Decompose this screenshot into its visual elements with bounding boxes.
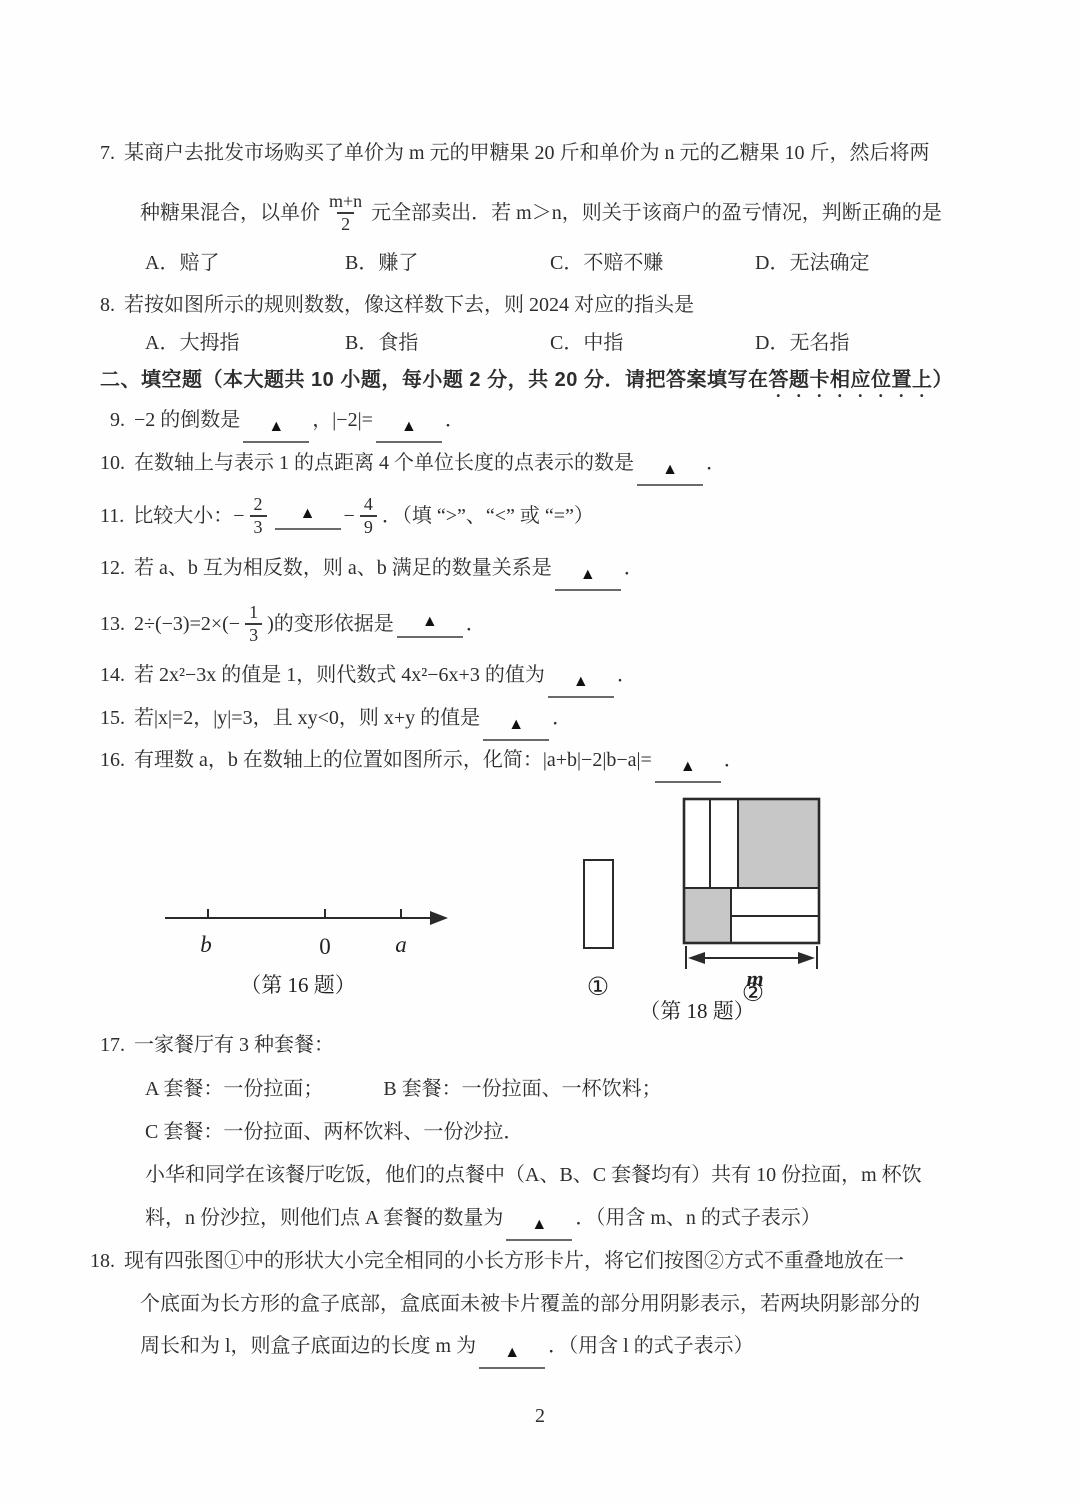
question-8-line: 8.若按如图所示的规则数数，像这样数下去，则 2024 对应的指头是 xyxy=(100,290,694,320)
shaded-region-top-right xyxy=(738,799,819,888)
exam-page: 7.某商户去批发市场购买了单价为 m 元的甲糖果 20 斤和单价为 n 元的乙糖… xyxy=(0,0,1080,1502)
question-14-number: 14. xyxy=(100,664,125,686)
question-16-text-1: 有理数 a，b 在数轴上的位置如图所示，化简：|a+b|−2|b−a|= xyxy=(134,749,652,771)
figure-tag-1: ① xyxy=(587,972,609,1001)
question-7-options: A．赔了 B．赚了 C．不赔不赚 D．无法确定 xyxy=(0,248,1080,278)
question-10-text-1: 在数轴上与表示 1 的点距离 4 个单位长度的点表示的数是 xyxy=(134,452,634,474)
question-18-text-3b: ．（用含 l 的式子表示） xyxy=(548,1335,754,1357)
question-7-option-d: D．无法确定 xyxy=(755,248,869,278)
section-2-header-pre: 二、填空题（本大题共 10 小题，每小题 2 分，共 20 分．请把答案填写在 xyxy=(100,369,768,391)
question-13-text-1: 2÷(−3)=2×(− xyxy=(134,609,240,639)
question-17-para-2b: ．（用含 m、n 的式子表示） xyxy=(575,1207,821,1229)
answer-blank: ▲ xyxy=(397,611,463,638)
question-17-para-1: 小华和同学在该餐厅吃饭，他们的点餐中（A、B、C 套餐均有）共有 10 份拉面，… xyxy=(145,1164,922,1186)
question-14-line: 14.若 2x²−3x 的值是 1，则代数式 4x²−6x+3 的值为▲． xyxy=(100,660,637,698)
question-18-line-3: 周长和为 l，则盒子底面边的长度 m 为▲．（用含 l 的式子表示） xyxy=(140,1331,754,1369)
vertical-card-2 xyxy=(710,799,738,888)
question-16-text-2: ． xyxy=(724,749,744,771)
question-17-set-b: B 套餐：一份拉面、一杯饮料； xyxy=(383,1078,661,1100)
dimension-arrowhead-left xyxy=(688,952,705,964)
question-10-line: 10.在数轴上与表示 1 的点距离 4 个单位长度的点表示的数是▲． xyxy=(100,448,726,486)
question-18-text-3a: 周长和为 l，则盒子底面边的长度 m 为 xyxy=(140,1335,476,1357)
answer-blank: ▲ xyxy=(506,1214,572,1241)
section-2-header: 二、填空题（本大题共 10 小题，每小题 2 分，共 20 分．请把答案填写在答… xyxy=(100,365,953,402)
question-8-option-b: B．食指 xyxy=(345,328,418,358)
question-14-text-2: ． xyxy=(617,664,637,686)
question-17-set-c: C 套餐：一份拉面、两杯饮料、一份沙拉． xyxy=(145,1121,523,1143)
answer-blank: ▲ xyxy=(275,503,341,530)
answer-blank: ▲ xyxy=(243,416,309,443)
question-17-line-3: C 套餐：一份拉面、两杯饮料、一份沙拉． xyxy=(145,1117,523,1147)
question-17-line-5: 料，n 份沙拉，则他们点 A 套餐的数量为▲．（用含 m、n 的式子表示） xyxy=(145,1203,821,1241)
question-7-line-2: 种糖果混合，以单价 m+n 2 元全部卖出．若 m＞n，则关于该商户的盈亏情况，… xyxy=(140,182,942,244)
question-8-number: 8. xyxy=(100,294,115,316)
question-18-text-2: 个底面为长方形的盒子底部，盒底面未被卡片覆盖的部分用阴影表示，若两块阴影部分的 xyxy=(140,1293,920,1315)
question-7-option-b: B．赚了 xyxy=(345,248,418,278)
question-7-option-a: A．赔了 xyxy=(145,248,219,278)
question-8-option-a: A．大拇指 xyxy=(145,328,239,358)
figure-18-caption: （第 18 题） xyxy=(639,999,755,1023)
question-9-text-1: −2 的倒数是 xyxy=(134,409,240,431)
question-14-text-1: 若 2x²−3x 的值是 1，则代数式 4x²−6x+3 的值为 xyxy=(134,664,545,686)
question-12-text-1: 若 a、b 互为相反数，则 a、b 满足的数量关系是 xyxy=(134,557,552,579)
question-8-option-d: D．无名指 xyxy=(755,328,849,358)
question-15-line: 15.若|x|=2，|y|=3，且 xy<0，则 x+y 的值是▲． xyxy=(100,703,572,741)
number-line-label-a: a xyxy=(395,932,407,957)
question-11-text-3: ．（填 “>”、“<” 或 “=”） xyxy=(382,501,594,531)
figure-16-caption: （第 16 题） xyxy=(240,973,356,997)
shaded-region-bottom-left xyxy=(684,888,731,943)
number-line-label-b: b xyxy=(200,932,212,957)
question-10-number: 10. xyxy=(100,452,125,474)
question-18-line-1: 18.现有四张图①中的形状大小完全相同的小长方形卡片，将它们按图②方式不重叠地放… xyxy=(90,1246,904,1276)
fraction-4-over-9: 49 xyxy=(360,494,377,537)
question-15-text-1: 若|x|=2，|y|=3，且 xy<0，则 x+y 的值是 xyxy=(134,707,480,729)
section-2-header-emphasis: 答题卡相应位置上 xyxy=(768,369,932,391)
question-15-text-2: ． xyxy=(552,707,572,729)
vertical-card-1 xyxy=(684,799,710,888)
number-line-label-0: 0 xyxy=(319,934,331,959)
horizontal-card-2 xyxy=(731,916,819,943)
fraction-m-plus-n-over-2: m+n 2 xyxy=(325,191,366,234)
question-18-text-1: 现有四张图①中的形状大小完全相同的小长方形卡片，将它们按图②方式不重叠地放在一 xyxy=(124,1250,904,1272)
question-17-line-1: 17.一家餐厅有 3 种套餐： xyxy=(100,1030,334,1060)
answer-blank: ▲ xyxy=(479,1342,545,1369)
question-9-line: 9.−2 的倒数是▲，|−2|=▲． xyxy=(110,405,465,443)
question-17-intro: 一家餐厅有 3 种套餐： xyxy=(134,1034,334,1056)
question-7-text-2a: 种糖果混合，以单价 xyxy=(140,198,320,228)
fraction-1-over-3: 13 xyxy=(245,602,262,645)
answer-blank: ▲ xyxy=(555,564,621,591)
question-17-set-a: A 套餐：一份拉面； xyxy=(145,1078,323,1100)
horizontal-card-1 xyxy=(731,888,819,916)
question-17-line-2: A 套餐：一份拉面；B 套餐：一份拉面、一杯饮料； xyxy=(145,1074,662,1104)
question-7-text-2b: 元全部卖出．若 m＞n，则关于该商户的盈亏情况，判断正确的是 xyxy=(371,198,942,228)
question-7-number: 7. xyxy=(100,142,115,164)
question-12-text-2: ． xyxy=(624,557,644,579)
question-9-number: 9. xyxy=(110,409,125,431)
question-13-number: 13. xyxy=(100,609,125,639)
answer-blank: ▲ xyxy=(548,671,614,698)
question-16-number: 16. xyxy=(100,749,125,771)
question-7-line-1: 7.某商户去批发市场购买了单价为 m 元的甲糖果 20 斤和单价为 n 元的乙糖… xyxy=(100,138,930,168)
question-18-number: 18. xyxy=(90,1250,115,1272)
answer-blank: ▲ xyxy=(376,416,442,443)
section-2-header-post: ） xyxy=(932,369,953,391)
question-7-option-c: C．不赔不赚 xyxy=(550,248,663,278)
answer-blank: ▲ xyxy=(483,714,549,741)
question-8-options: A．大拇指 B．食指 C．中指 D．无名指 xyxy=(0,328,1080,358)
question-10-text-2: ． xyxy=(706,452,726,474)
question-12-line: 12.若 a、b 互为相反数，则 a、b 满足的数量关系是▲． xyxy=(100,553,644,591)
question-11-text-1: 比较大小：− xyxy=(133,501,244,531)
page-number: 2 xyxy=(0,1405,1080,1428)
question-15-number: 15. xyxy=(100,707,125,729)
question-17-line-4: 小华和同学在该餐厅吃饭，他们的点餐中（A、B、C 套餐均有）共有 10 份拉面，… xyxy=(145,1160,922,1190)
card-rectangle xyxy=(584,860,613,948)
question-13-text-2: )的变形依据是 xyxy=(267,609,394,639)
question-11-line: 11.比较大小：− 23 ▲ − 49 ．（填 “>”、“<” 或 “=”） xyxy=(100,485,594,547)
question-18-line-2: 个底面为长方形的盒子底部，盒底面未被卡片覆盖的部分用阴影表示，若两块阴影部分的 xyxy=(140,1289,920,1319)
fraction-2-over-3: 23 xyxy=(250,494,267,537)
number-line-arrowhead xyxy=(430,911,448,925)
question-8-text: 若按如图所示的规则数数，像这样数下去，则 2024 对应的指头是 xyxy=(124,294,694,316)
question-11-number: 11. xyxy=(100,501,124,531)
question-16-line: 16.有理数 a，b 在数轴上的位置如图所示，化简：|a+b|−2|b−a|=▲… xyxy=(100,745,744,783)
question-9-text-2: ，|−2|= xyxy=(312,409,373,431)
question-7-text-1: 某商户去批发市场购买了单价为 m 元的甲糖果 20 斤和单价为 n 元的乙糖果 … xyxy=(124,142,930,164)
answer-blank: ▲ xyxy=(655,756,721,783)
figures-panel: b 0 a （第 16 题） m ① ② （第 18 题） xyxy=(0,790,1080,1025)
question-13-text-3: ． xyxy=(466,609,486,639)
question-8-option-c: C．中指 xyxy=(550,328,623,358)
question-11-text-2: − xyxy=(344,501,355,531)
answer-blank: ▲ xyxy=(637,459,703,486)
dimension-arrowhead-right xyxy=(798,952,815,964)
question-9-text-3: ． xyxy=(445,409,465,431)
question-17-para-2a: 料，n 份沙拉，则他们点 A 套餐的数量为 xyxy=(145,1207,503,1229)
question-17-number: 17. xyxy=(100,1034,125,1056)
question-13-line: 13.2÷(−3)=2×(− 13 )的变形依据是 ▲ ． xyxy=(100,592,486,656)
question-12-number: 12. xyxy=(100,557,125,579)
